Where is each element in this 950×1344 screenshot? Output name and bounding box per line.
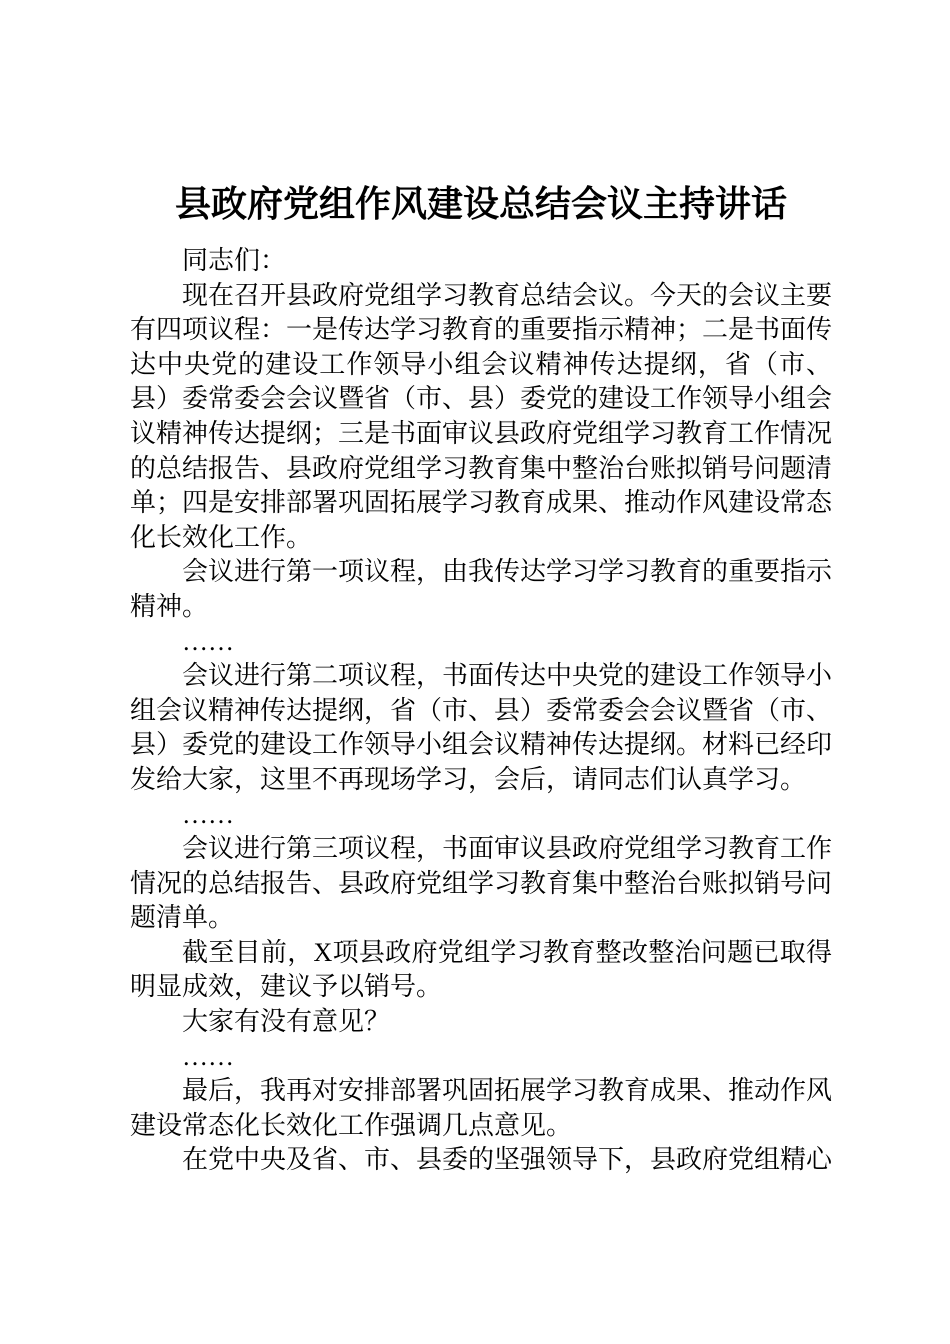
paragraph-ellipsis: …… bbox=[130, 1040, 832, 1075]
paragraph-item-1: 会议进行第一项议程，由我传达学习学习教育的重要指示精神。 bbox=[130, 555, 832, 624]
paragraph-closing: 在党中央及省、市、县委的坚强领导下，县政府党组精心 bbox=[130, 1143, 832, 1178]
document-page: 县政府党组作风建设总结会议主持讲话 同志们： 现在召开县政府党组学习教育总结会议… bbox=[0, 0, 950, 1344]
document-body: 同志们： 现在召开县政府党组学习教育总结会议。今天的会议主要有四项议程：一是传达… bbox=[130, 244, 832, 1178]
paragraph-ellipsis: …… bbox=[130, 798, 832, 833]
paragraph-salutation: 同志们： bbox=[130, 244, 832, 279]
document-title: 县政府党组作风建设总结会议主持讲话 bbox=[130, 183, 832, 225]
paragraph-progress: 截至目前，X项县政府党组学习教育整改整治问题已取得明显成效，建议予以销号。 bbox=[130, 936, 832, 1005]
paragraph-final-remarks: 最后，我再对安排部署巩固拓展学习教育成果、推动作风建设常态化长效化工作强调几点意… bbox=[130, 1074, 832, 1143]
paragraph-item-2: 会议进行第二项议程，书面传达中央党的建设工作领导小组会议精神传达提纲，省（市、县… bbox=[130, 659, 832, 797]
paragraph-agenda: 现在召开县政府党组学习教育总结会议。今天的会议主要有四项议程：一是传达学习教育的… bbox=[130, 279, 832, 556]
paragraph-ellipsis: …… bbox=[130, 625, 832, 660]
paragraph-question: 大家有没有意见？ bbox=[130, 1005, 832, 1040]
paragraph-item-3: 会议进行第三项议程，书面审议县政府党组学习教育工作情况的总结报告、县政府党组学习… bbox=[130, 832, 832, 936]
